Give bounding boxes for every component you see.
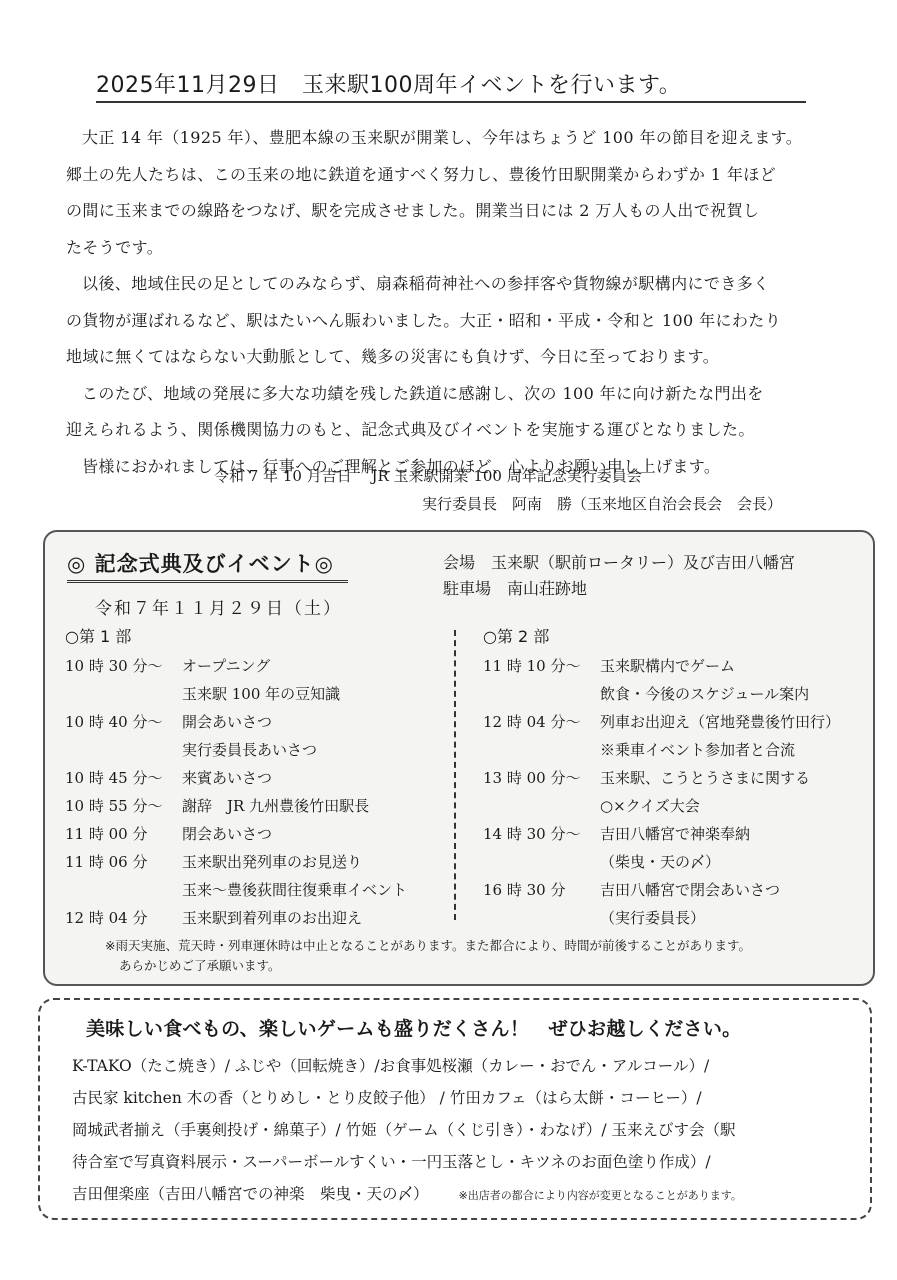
schedule-time: 11 時 00 分 (65, 820, 182, 848)
page-title: 2025年11月29日 玉来駅100周年イベントを行います。 (96, 68, 806, 103)
schedule-time: 13 時 00 分～ (483, 764, 600, 792)
schedule-desc: （実行委員長） (600, 904, 705, 932)
food-heading: 美味しい食べもの、楽しいゲームも盛りだくさん！ ぜひお越しください。 (86, 1014, 741, 1041)
vendor-line: 待合室で写真資料展示・スーパーボールすくい・一円玉落とし・キツネのお面色塗り作成… (72, 1146, 862, 1178)
schedule-time (483, 680, 600, 708)
event-program-box: ◎ 記念式典及びイベント◎ 会場 玉来駅（駅前ロータリー）及び吉田八幡宮 駐車場… (43, 530, 875, 986)
food-vendors-box: 美味しい食べもの、楽しいゲームも盛りだくさん！ ぜひお越しください。 K-TAK… (38, 998, 872, 1220)
schedule-desc: 玉来～豊後荻間往復乗車イベント (182, 876, 407, 904)
intro-line: の貨物が運ばれるなど、駅はたいへん賑わいました。大正・昭和・平成・令和と 100… (66, 303, 846, 340)
signature-date-committee: 令和 7 年 10 月吉日 JR 玉来駅開業 100 周年記念実行委員会 (214, 462, 782, 490)
dashed-divider (454, 630, 456, 920)
part-1-label: ○第 1 部 (65, 622, 407, 652)
intro-line: の間に玉来までの線路をつなげ、駅を完成させました。開業当日には 2 万人もの人出… (66, 193, 846, 230)
notice-line-1: ※雨天実施、荒天時・列車運休時は中止となることがあります。また都合により、時間が… (105, 936, 751, 956)
schedule-time: 12 時 04 分～ (483, 708, 600, 736)
schedule-time: 16 時 30 分 (483, 876, 600, 904)
schedule-desc: ※乗車イベント参加者と合流 (600, 736, 795, 764)
intro-line: 地域に無くてはならない大動脈として、幾多の災害にも負けず、今日に至っております。 (66, 339, 846, 376)
schedule-desc: オープニング (182, 652, 270, 680)
signature-chairman: 実行委員長 阿南 勝（玉来地区自治会長会 会長） (214, 490, 782, 518)
vendor-line: K-TAKO（たこ焼き）/ ふじや（回転焼き）/お食事処桜瀬（カレー・おでん・ア… (72, 1050, 862, 1082)
vendor-line: 吉田俚楽座（吉田八幡宮での神楽 柴曳・天の〆） (72, 1185, 429, 1203)
schedule-desc: 玉来駅 100 年の豆知識 (182, 680, 340, 708)
schedule-time (65, 876, 182, 904)
schedule-row: 実行委員長あいさつ (65, 736, 407, 764)
intro-text: 大正 14 年（1925 年）、豊肥本線の玉来駅が開業し、今年はちょうど 100… (66, 120, 846, 485)
schedule-time (483, 736, 600, 764)
schedule-time: 12 時 04 分 (65, 904, 182, 932)
schedule-time (65, 736, 182, 764)
vendor-line-last: 吉田俚楽座（吉田八幡宮での神楽 柴曳・天の〆）※出店者の都合により内容が変更とな… (72, 1178, 862, 1210)
schedule-desc: 閉会あいさつ (182, 820, 272, 848)
schedule-desc: 実行委員長あいさつ (182, 736, 317, 764)
schedule-row: 11 時 00 分閉会あいさつ (65, 820, 407, 848)
schedule-time: 10 時 30 分～ (65, 652, 182, 680)
venue-parking: 駐車場 南山荘跡地 (443, 576, 795, 602)
intro-line: 郷土の先人たちは、この玉来の地に鉄道を通すべく努力し、豊後竹田駅開業からわずか … (66, 157, 846, 194)
schedule-row: 10 時 45 分～来賓あいさつ (65, 764, 407, 792)
schedule-row: 11 時 06 分玉来駅出発列車のお見送り (65, 848, 407, 876)
program-part-2: ○第 2 部 11 時 10 分～玉来駅構内でゲーム 飲食・今後のスケジュール案… (483, 622, 840, 932)
schedule-desc: 列車お出迎え（宮地発豊後竹田行） (600, 708, 840, 736)
schedule-desc: 玉来駅、こうとうさまに関する (600, 764, 810, 792)
schedule-time: 11 時 06 分 (65, 848, 182, 876)
schedule-desc: 開会あいさつ (182, 708, 272, 736)
schedule-row: 10 時 40 分～開会あいさつ (65, 708, 407, 736)
vendor-change-note: ※出店者の都合により内容が変更となることがあります。 (459, 1189, 742, 1202)
schedule-time (483, 792, 600, 820)
schedule-row: ○×クイズ大会 (483, 792, 840, 820)
schedule-time: 10 時 55 分～ (65, 792, 182, 820)
schedule-desc: 吉田八幡宮で閉会あいさつ (600, 876, 780, 904)
schedule-time: 11 時 10 分～ (483, 652, 600, 680)
vendor-line: 古民家 kitchen 木の香（とりめし・とり皮餃子他） / 竹田カフェ（はら太… (72, 1082, 862, 1114)
schedule-row: 11 時 10 分～玉来駅構内でゲーム (483, 652, 840, 680)
schedule-row: 玉来駅 100 年の豆知識 (65, 680, 407, 708)
weather-notice: ※雨天実施、荒天時・列車運休時は中止となることがあります。また都合により、時間が… (105, 936, 751, 976)
signature-block: 令和 7 年 10 月吉日 JR 玉来駅開業 100 周年記念実行委員会 実行委… (214, 462, 782, 518)
schedule-row: 12 時 04 分玉来駅到着列車のお出迎え (65, 904, 407, 932)
schedule-time (65, 680, 182, 708)
program-part-1: ○第 1 部 10 時 30 分～オープニング 玉来駅 100 年の豆知識 10… (65, 622, 407, 932)
venue-location: 会場 玉来駅（駅前ロータリー）及び吉田八幡宮 (443, 550, 795, 576)
schedule-row: 14 時 30 分～吉田八幡宮で神楽奉納 (483, 820, 840, 848)
intro-line: 以後、地域住民の足としてのみならず、扇森稲荷神社への参拝客や貨物線が駅構内にでき… (66, 266, 846, 303)
schedule-desc: 玉来駅到着列車のお出迎え (182, 904, 362, 932)
schedule-row: （柴曳・天の〆） (483, 848, 840, 876)
schedule-row: 12 時 04 分～列車お出迎え（宮地発豊後竹田行） (483, 708, 840, 736)
notice-line-2: あらかじめご了承願います。 (105, 956, 751, 976)
vendor-list: K-TAKO（たこ焼き）/ ふじや（回転焼き）/お食事処桜瀬（カレー・おでん・ア… (72, 1050, 862, 1210)
intro-line: 大正 14 年（1925 年）、豊肥本線の玉来駅が開業し、今年はちょうど 100… (66, 120, 846, 157)
schedule-row: 13 時 00 分～玉来駅、こうとうさまに関する (483, 764, 840, 792)
intro-line: 迎えられるよう、関係機関協力のもと、記念式典及びイベントを実施する運びとなりまし… (66, 412, 846, 449)
schedule-row: ※乗車イベント参加者と合流 (483, 736, 840, 764)
schedule-time (483, 904, 600, 932)
schedule-time: 10 時 45 分～ (65, 764, 182, 792)
schedule-desc: ○×クイズ大会 (600, 792, 700, 820)
schedule-desc: 玉来駅構内でゲーム (600, 652, 735, 680)
venue-info: 会場 玉来駅（駅前ロータリー）及び吉田八幡宮 駐車場 南山荘跡地 (443, 550, 795, 602)
event-date: 令和７年１１月２９日（土） (95, 594, 342, 619)
schedule-row: 10 時 30 分～オープニング (65, 652, 407, 680)
schedule-desc: （柴曳・天の〆） (600, 848, 720, 876)
schedule-row: 飲食・今後のスケジュール案内 (483, 680, 840, 708)
event-heading: ◎ 記念式典及びイベント◎ (67, 548, 348, 583)
intro-line: たそうです。 (66, 230, 846, 267)
schedule-desc: 飲食・今後のスケジュール案内 (600, 680, 809, 708)
intro-line: このたび、地域の発展に多大な功績を残した鉄道に感謝し、次の 100 年に向け新た… (66, 376, 846, 413)
schedule-time (483, 848, 600, 876)
schedule-time: 14 時 30 分～ (483, 820, 600, 848)
vendor-line: 岡城武者揃え（手裏剣投げ・綿菓子）/ 竹姫（ゲーム（くじ引き）・わなげ）/ 玉来… (72, 1114, 862, 1146)
schedule-row: 10 時 55 分～謝辞 JR 九州豊後竹田駅長 (65, 792, 407, 820)
schedule-desc: 来賓あいさつ (182, 764, 272, 792)
schedule-row: 玉来～豊後荻間往復乗車イベント (65, 876, 407, 904)
schedule-desc: 玉来駅出発列車のお見送り (182, 848, 362, 876)
schedule-time: 10 時 40 分～ (65, 708, 182, 736)
schedule-desc: 謝辞 JR 九州豊後竹田駅長 (182, 792, 369, 820)
part-2-label: ○第 2 部 (483, 622, 840, 652)
schedule-desc: 吉田八幡宮で神楽奉納 (600, 820, 750, 848)
schedule-row: 16 時 30 分吉田八幡宮で閉会あいさつ (483, 876, 840, 904)
schedule-row: （実行委員長） (483, 904, 840, 932)
